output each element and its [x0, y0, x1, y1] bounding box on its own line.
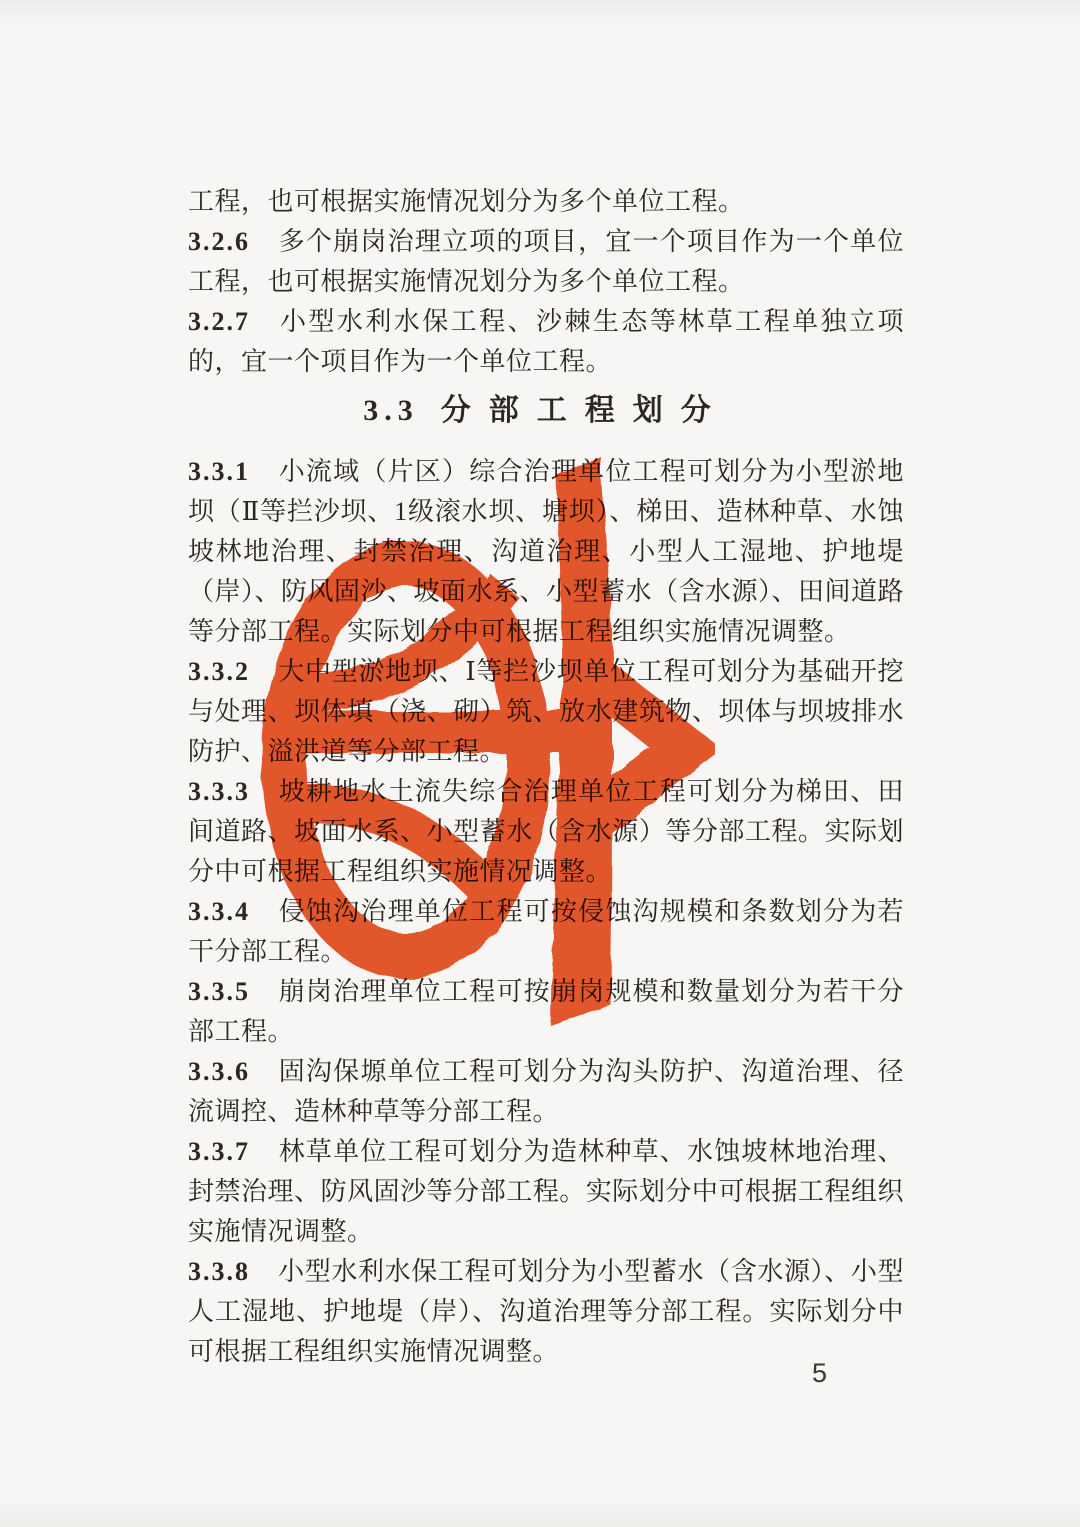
clause-text: 小型水利水保工程可划分为小型蓄水（含水源）、小型人工湿地、护地堤（岸）、沟道治理… [188, 1257, 904, 1366]
clause-number: 3.3.7 [188, 1137, 250, 1166]
clause-number: 3.2.7 [188, 307, 250, 336]
clause-number: 3.3.4 [188, 897, 250, 926]
page-body-text: 工程，也可根据实施情况划分为多个单位工程。 3.2.6多个崩岗治理立项的项目，宜… [188, 182, 904, 1372]
clause-text: 固沟保塬单位工程可划分为沟头防护、沟道治理、径流调控、造林种草等分部工程。 [188, 1057, 904, 1126]
clause-number: 3.3.2 [188, 657, 250, 686]
clause-3-2-7: 3.2.7小型水利水保工程、沙棘生态等林草工程单独立项的，宜一个项目作为一个单位… [188, 302, 904, 382]
clause-3-2-6: 3.2.6多个崩岗治理立项的项目，宜一个项目作为一个单位工程，也可根据实施情况划… [188, 222, 904, 302]
clause-text: 小流域（片区）综合治理单位工程可划分为小型淤地坝（Ⅱ等拦沙坝、1级滚水坝、塘坝）… [188, 457, 904, 646]
clause-3-3-2: 3.3.2大中型淤地坝、Ⅰ等拦沙坝单位工程可划分为基础开挖与处理、坝体填（浇、砌… [188, 652, 904, 772]
clause-text: 坡耕地水土流失综合治理单位工程可划分为梯田、田间道路、坡面水系、小型蓄水（含水源… [188, 777, 904, 886]
clause-text: 多个崩岗治理立项的项目，宜一个项目作为一个单位工程，也可根据实施情况划分为多个单… [188, 227, 904, 296]
section-heading: 3.3分部工程划分 [188, 391, 904, 431]
clause-3-3-8: 3.3.8小型水利水保工程可划分为小型蓄水（含水源）、小型人工湿地、护地堤（岸）… [188, 1252, 904, 1372]
clause-text: 林草单位工程可划分为造林种草、水蚀坡林地治理、封禁治理、防风固沙等分部工程。实际… [188, 1137, 904, 1246]
lead-paragraph-text: 工程，也可根据实施情况划分为多个单位工程。 [188, 187, 745, 216]
clause-3-3-1: 3.3.1小流域（片区）综合治理单位工程可划分为小型淤地坝（Ⅱ等拦沙坝、1级滚水… [188, 452, 904, 652]
clause-3-3-4: 3.3.4侵蚀沟治理单位工程可按侵蚀沟规模和条数划分为若干分部工程。 [188, 892, 904, 972]
section-heading-number: 3.3 [363, 394, 419, 427]
clause-3-3-6: 3.3.6固沟保塬单位工程可划分为沟头防护、沟道治理、径流调控、造林种草等分部工… [188, 1052, 904, 1132]
section-heading-title: 分部工程划分 [441, 394, 729, 427]
lead-paragraph: 工程，也可根据实施情况划分为多个单位工程。 [188, 182, 904, 222]
clause-3-3-7: 3.3.7林草单位工程可划分为造林种草、水蚀坡林地治理、封禁治理、防风固沙等分部… [188, 1132, 904, 1252]
document-page: 工程，也可根据实施情况划分为多个单位工程。 3.2.6多个崩岗治理立项的项目，宜… [0, 0, 1080, 1527]
clause-text: 大中型淤地坝、Ⅰ等拦沙坝单位工程可划分为基础开挖与处理、坝体填（浇、砌）筑、放水… [188, 657, 904, 766]
clause-number: 3.3.8 [188, 1257, 250, 1286]
clause-number: 3.3.5 [188, 977, 250, 1006]
clause-text: 侵蚀沟治理单位工程可按侵蚀沟规模和条数划分为若干分部工程。 [188, 897, 904, 966]
clause-number: 3.3.1 [188, 457, 250, 486]
clause-number: 3.2.6 [188, 227, 250, 256]
page-number: 5 [812, 1358, 827, 1389]
clause-number: 3.3.6 [188, 1057, 250, 1086]
clause-3-3-3: 3.3.3坡耕地水土流失综合治理单位工程可划分为梯田、田间道路、坡面水系、小型蓄… [188, 772, 904, 892]
clause-text: 崩岗治理单位工程可按崩岗规模和数量划分为若干分部工程。 [188, 977, 904, 1046]
clause-3-3-5: 3.3.5崩岗治理单位工程可按崩岗规模和数量划分为若干分部工程。 [188, 972, 904, 1052]
clause-text: 小型水利水保工程、沙棘生态等林草工程单独立项的，宜一个项目作为一个单位工程。 [188, 307, 904, 376]
clause-number: 3.3.3 [188, 777, 250, 806]
